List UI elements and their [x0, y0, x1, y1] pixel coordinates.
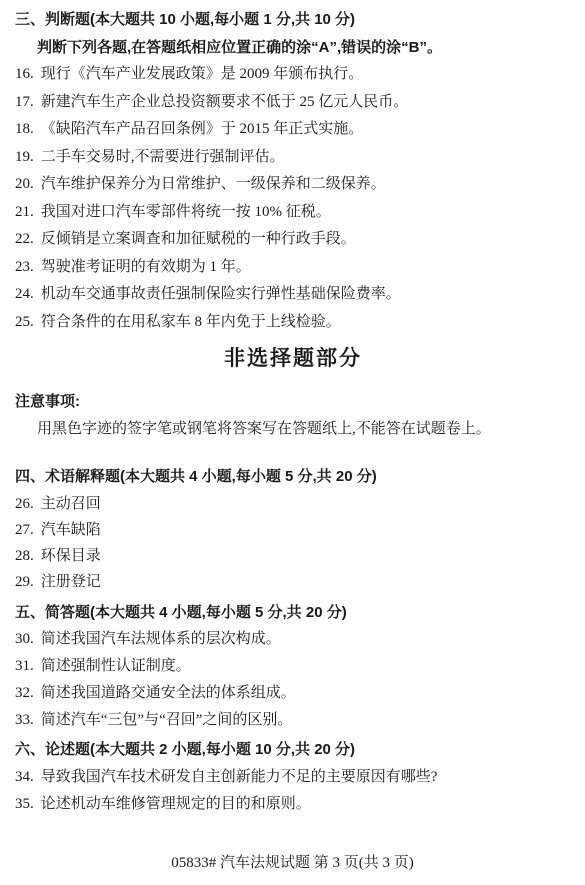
question-number: 33. [15, 707, 34, 734]
question-text: 我国对进口汽车零部件将统一按 10% 征税。 [41, 204, 331, 220]
question-item-22: 22.反倾销是立案调查和加征赋税的一种行政手段。 [15, 226, 571, 254]
question-number: 27. [15, 517, 34, 543]
question-text: 反倾销是立案调查和加征赋税的一种行政手段。 [41, 231, 356, 247]
question-text: 论述机动车维修管理规定的目的和原则。 [41, 796, 311, 812]
question-item-19: 19.二手车交易时,不需要进行强制评估。 [15, 144, 571, 172]
question-number: 20. [15, 171, 34, 199]
question-text: 驾驶准考证明的有效期为 1 年。 [41, 259, 251, 275]
question-item-17: 17.新建汽车生产企业总投资额要求不低于 25 亿元人民币。 [15, 89, 571, 117]
question-text: 主动召回 [41, 496, 101, 512]
question-item-31: 31.简述强制性认证制度。 [15, 653, 571, 680]
question-text: 注册登记 [41, 574, 101, 590]
question-number: 32. [15, 680, 34, 707]
question-text: 汽车维护保养分为日常维护、一级保养和二级保养。 [41, 176, 386, 192]
question-text: 环保目录 [41, 548, 101, 564]
question-item-24: 24.机动车交通事故责任强制保险实行弹性基础保险费率。 [15, 281, 571, 309]
question-number: 18. [15, 116, 34, 144]
question-item-27: 27.汽车缺陷 [15, 517, 571, 543]
question-item-23: 23.驾驶准考证明的有效期为 1 年。 [15, 254, 571, 282]
section-essay: 六、论述题(本大题共 2 小题,每小题 10 分,共 20 分) 34.导致我国… [15, 736, 571, 818]
question-number: 29. [15, 569, 34, 595]
notice-text: 用黑色字迹的签字笔或钢笔将答案写在答题纸上,不能答在试题卷上。 [15, 416, 571, 444]
question-item-18: 18.《缺陷汽车产品召回条例》于 2015 年正式实施。 [15, 116, 571, 144]
question-text: 简述汽车“三包”与“召回”之间的区别。 [41, 712, 293, 728]
question-text: 符合条件的在用私家车 8 年内免于上线检验。 [41, 314, 341, 330]
question-text: 简述我国汽车法规体系的层次构成。 [41, 631, 281, 647]
question-item-33: 33.简述汽车“三包”与“召回”之间的区别。 [15, 707, 571, 734]
question-item-34: 34.导致我国汽车技术研发自主创新能力不足的主要原因有哪些? [15, 764, 571, 791]
question-item-28: 28.环保目录 [15, 543, 571, 569]
notice-block: 注意事项: 用黑色字迹的签字笔或钢笔将答案写在答题纸上,不能答在试题卷上。 [15, 388, 571, 443]
page-footer: 05833# 汽车法规试题 第 3 页(共 3 页) [0, 853, 585, 873]
section-judgment: 三、判断题(本大题共 10 小题,每小题 1 分,共 10 分) 判断下列各题,… [15, 6, 571, 336]
question-number: 30. [15, 626, 34, 653]
question-item-16: 16.现行《汽车产业发展政策》是 2009 年颁布执行。 [15, 61, 571, 89]
section-short-answer-heading: 五、简答题(本大题共 4 小题,每小题 5 分,共 20 分) [15, 599, 571, 627]
question-number: 24. [15, 281, 34, 309]
question-number: 35. [15, 791, 34, 818]
question-number: 16. [15, 61, 34, 89]
section-judgment-heading: 三、判断题(本大题共 10 小题,每小题 1 分,共 10 分) [15, 6, 571, 34]
question-number: 23. [15, 254, 34, 282]
question-item-30: 30.简述我国汽车法规体系的层次构成。 [15, 626, 571, 653]
exam-paper-page: 三、判断题(本大题共 10 小题,每小题 1 分,共 10 分) 判断下列各题,… [0, 0, 585, 885]
question-number: 21. [15, 199, 34, 227]
question-number: 26. [15, 491, 34, 517]
part-title-non-multiple-choice: 非选择题部分 [15, 344, 571, 374]
question-item-29: 29.注册登记 [15, 569, 571, 595]
section-essay-heading: 六、论述题(本大题共 2 小题,每小题 10 分,共 20 分) [15, 736, 571, 764]
question-number: 25. [15, 309, 34, 337]
question-text: 《缺陷汽车产品召回条例》于 2015 年正式实施。 [41, 121, 364, 137]
section-terms-heading: 四、术语解释题(本大题共 4 小题,每小题 5 分,共 20 分) [15, 463, 571, 491]
question-text: 二手车交易时,不需要进行强制评估。 [41, 149, 285, 165]
question-number: 19. [15, 144, 34, 172]
question-number: 17. [15, 89, 34, 117]
notice-label: 注意事项: [15, 388, 571, 416]
question-text: 现行《汽车产业发展政策》是 2009 年颁布执行。 [41, 66, 364, 82]
question-item-26: 26.主动召回 [15, 491, 571, 517]
question-item-32: 32.简述我国道路交通安全法的体系组成。 [15, 680, 571, 707]
question-text: 新建汽车生产企业总投资额要求不低于 25 亿元人民币。 [41, 94, 409, 110]
question-number: 34. [15, 764, 34, 791]
question-item-21: 21.我国对进口汽车零部件将统一按 10% 征税。 [15, 199, 571, 227]
question-text: 简述强制性认证制度。 [41, 658, 191, 674]
question-item-20: 20.汽车维护保养分为日常维护、一级保养和二级保养。 [15, 171, 571, 199]
question-text: 机动车交通事故责任强制保险实行弹性基础保险费率。 [41, 286, 401, 302]
section-judgment-instruction: 判断下列各题,在答题纸相应位置正确的涂“A”,错误的涂“B”。 [15, 34, 571, 62]
question-number: 22. [15, 226, 34, 254]
question-text: 汽车缺陷 [41, 522, 101, 538]
section-terms: 四、术语解释题(本大题共 4 小题,每小题 5 分,共 20 分) 26.主动召… [15, 463, 571, 595]
question-text: 导致我国汽车技术研发自主创新能力不足的主要原因有哪些? [41, 769, 438, 785]
question-item-35: 35.论述机动车维修管理规定的目的和原则。 [15, 791, 571, 818]
question-item-25: 25.符合条件的在用私家车 8 年内免于上线检验。 [15, 309, 571, 337]
question-number: 28. [15, 543, 34, 569]
section-short-answer: 五、简答题(本大题共 4 小题,每小题 5 分,共 20 分) 30.简述我国汽… [15, 599, 571, 735]
question-text: 简述我国道路交通安全法的体系组成。 [41, 685, 296, 701]
question-number: 31. [15, 653, 34, 680]
